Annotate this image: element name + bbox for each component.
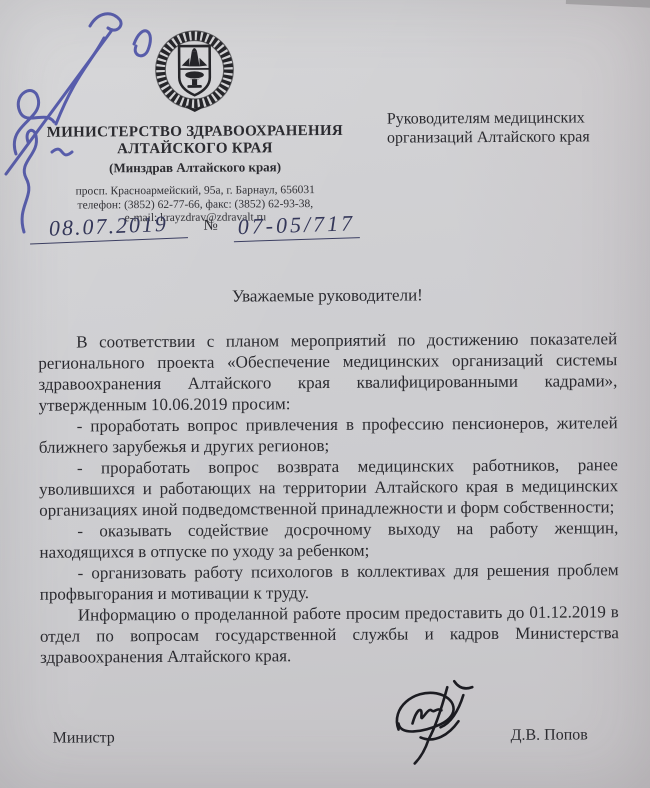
signoff-position-title: Министр [53, 729, 115, 747]
letter-body: Уважаемые руководители! В соответствии с… [38, 284, 619, 668]
ministry-name-line2: АЛТАЙСКОГО КРАЯ [19, 140, 371, 159]
addressee-block: Руководителям медицинских организаций Ал… [387, 108, 637, 148]
handwritten-date: 08.07.2019 [29, 210, 188, 244]
ministry-short-name: (Минздрав Алтайского края) [19, 159, 371, 177]
scanned-letter-page: МИНИСТЕРСТВО ЗДРАВООХРАНЕНИЯ АЛТАЙСКОГО … [0, 0, 650, 788]
letterhead: МИНИСТЕРСТВО ЗДРАВООХРАНЕНИЯ АЛТАЙСКОГО … [18, 24, 371, 227]
body-paragraph: Информацию о проделанной работе просим п… [40, 601, 619, 668]
addressee-line2: организаций Алтайского края [387, 127, 637, 148]
handwritten-outgoing-number: 07-05/717 [233, 210, 360, 242]
body-paragraph: - проработать вопрос возврата медицински… [39, 454, 618, 521]
coat-of-arms-icon [151, 25, 238, 116]
body-paragraph: - проработать вопрос привлечения в профе… [39, 412, 618, 458]
body-paragraph: - оказывать содействие досрочному выходу… [39, 517, 618, 563]
reference-line: 08.07.2019 № 07-05/717 [29, 212, 379, 242]
letter-sheet: МИНИСТЕРСТВО ЗДРАВООХРАНЕНИЯ АЛТАЙСКОГО … [0, 0, 650, 788]
ministry-name-line1: МИНИСТЕРСТВО ЗДРАВООХРАНЕНИЯ [19, 123, 371, 142]
body-paragraph: - организовать работу психологов в колле… [40, 559, 619, 605]
addressee-line1: Руководителям медицинских [387, 108, 637, 129]
signoff-name: Д.В. Попов [511, 726, 588, 744]
salutation: Уважаемые руководители! [38, 284, 617, 308]
number-sign: № [203, 218, 217, 241]
body-paragraph: В соответствии с планом мероприятий по д… [38, 328, 618, 416]
minister-signature [384, 677, 503, 776]
